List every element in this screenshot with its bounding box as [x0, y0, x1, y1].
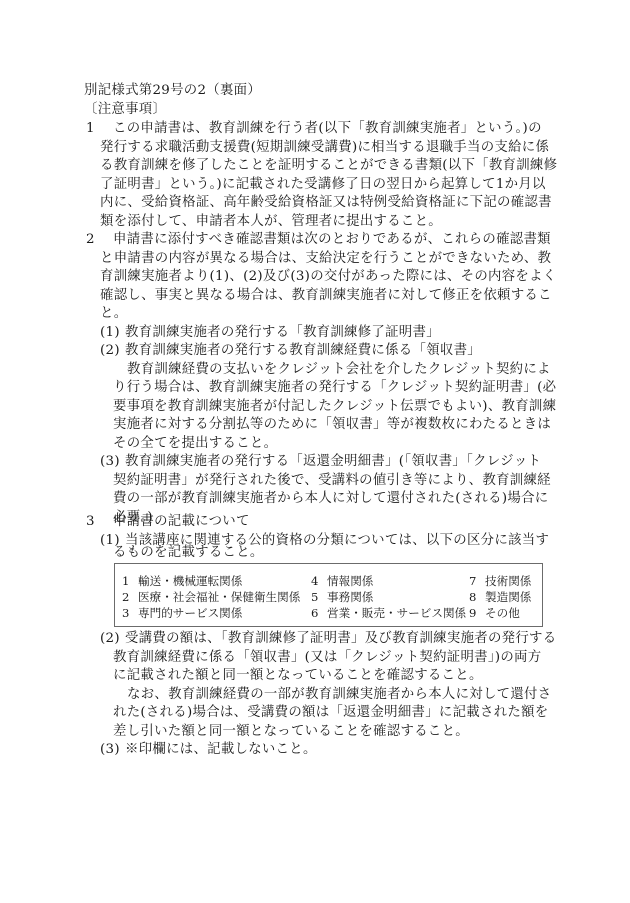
document-page: 別記様式第29号の2（裏面） 〔注意事項〕 1 この申請書は、教育訓練を行う者(…: [0, 0, 630, 903]
item-number: 1: [86, 120, 95, 138]
item-3-line: 申請書の記載について: [113, 513, 250, 531]
category-item: 4情報関係: [311, 573, 373, 589]
category-item: 5事務関係: [311, 589, 373, 605]
category-item: 8製造関係: [469, 589, 531, 605]
form-title: 別記様式第29号の2（裏面）: [84, 82, 261, 100]
subitem-line: 受講費の額は、「教育訓練修了証明書」及び教育訓練実施者の発行する: [125, 630, 556, 648]
item-2-line: 育訓練実施者より(1)、(2)及び(3)の交付があった際には、その内容をよく: [100, 268, 557, 286]
subitem-note-line: り行う場合は、教育訓練実施者の発行する「クレジット契約証明書」(必: [113, 379, 556, 397]
category-item: 7技術関係: [469, 573, 531, 589]
subitem-number: (3): [100, 453, 120, 471]
subitem-number: (1): [100, 324, 120, 342]
subitem-note-line: れた(される)場合は、受講費の額は「返還金明細書」に記載された額を: [113, 704, 548, 722]
subitem-note-line: その全てを提出すること。: [113, 435, 277, 453]
subitem-line: 教育訓練実施者の発行する「教育訓練修了証明書」: [125, 324, 440, 342]
item-2-line: 確認し、事実と異なる場合は、教育訓練実施者に対して修正を依頼するこ: [100, 287, 552, 305]
subitem-line: るものを記載すること。: [113, 544, 264, 562]
category-item: 2医療・社会福祉・保健衛生関係: [122, 589, 300, 605]
subitem-number: (3): [100, 741, 120, 759]
qualification-category-box: 1輸送・機械運転関係 2医療・社会福祉・保健衛生関係 3専門的サービス関係 4情…: [114, 563, 543, 627]
category-item: 6営業・販売・サービス関係: [311, 605, 466, 621]
item-1-line: 発行する求職活動支援費(短期訓練受講費)に相当する退職手当の支給に係: [100, 139, 549, 157]
item-1-line: この申請書は、教育訓練を行う者(以下「教育訓練実施者」という。)の: [113, 120, 542, 138]
subitem-line: 教育訓練経費に係る「領収書」(又は「クレジット契約証明書」)の両方: [113, 649, 541, 667]
item-1-line: 類を添付して、申請者本人が、管理者に提出すること。: [100, 213, 442, 231]
item-2-line: と。: [100, 305, 127, 323]
subitem-line: に記載された額と同一額となっていることを確認すること。: [113, 667, 483, 685]
section-title: 〔注意事項〕: [84, 101, 166, 119]
subitem-note-line: なお、教育訓練経費の一部が教育訓練実施者から本人に対して還付さ: [127, 686, 551, 704]
item-2-line: 申請書に添付すべき確認書類は次のとおりであるが、これらの確認書類: [113, 231, 551, 249]
subitem-number: (2): [100, 630, 120, 648]
item-number: 3: [86, 513, 95, 531]
subitem-note-line: 要事項を教育訓練実施者が付記したクレジット伝票でもよい)、教育訓練: [113, 398, 556, 416]
item-2-line: と申請書の内容が異なる場合は、支給決定を行うことができないため、教: [100, 250, 551, 268]
subitem-note-line: 差し引いた額と同一額となっていることを確認すること。: [113, 723, 469, 741]
item-number: 2: [86, 231, 95, 249]
category-item: 9その他: [469, 605, 520, 621]
subitem-note-line: 実施者に対する分割払等のために「領収書」等が複数枚にわたるときは: [113, 416, 551, 434]
item-1-line: る教育訓練を修了したことを証明することができる書類(以下「教育訓練修: [100, 157, 557, 175]
category-item: 1輸送・機械運転関係: [122, 573, 242, 589]
subitem-note-line: 教育訓練経費の支払いをクレジット会社を介したクレジット契約によ: [127, 361, 551, 379]
category-item: 3専門的サービス関係: [122, 605, 242, 621]
subitem-line: 契約証明書」が発行された後で、受講料の値引き等により、教育訓練経: [113, 472, 551, 490]
subitem-line: 教育訓練実施者の発行する「返還金明細書」(「領収書」「クレジット: [125, 453, 541, 471]
item-1-line: 了証明書」という。)に記載された受講修了日の翌日から起算して1か月以: [100, 176, 546, 194]
item-1-line: 内に、受給資格証、高年齢受給資格証又は特例受給資格証に下記の確認書: [100, 194, 552, 212]
subitem-line: 教育訓練実施者の発行する教育訓練経費に係る「領収書」: [125, 342, 481, 360]
subitem-line: ※印欄には、記載しないこと。: [125, 741, 317, 759]
subitem-number: (2): [100, 342, 120, 360]
subitem-line: 費の一部が教育訓練実施者から本人に対して還付された(される)場合に: [113, 490, 548, 508]
